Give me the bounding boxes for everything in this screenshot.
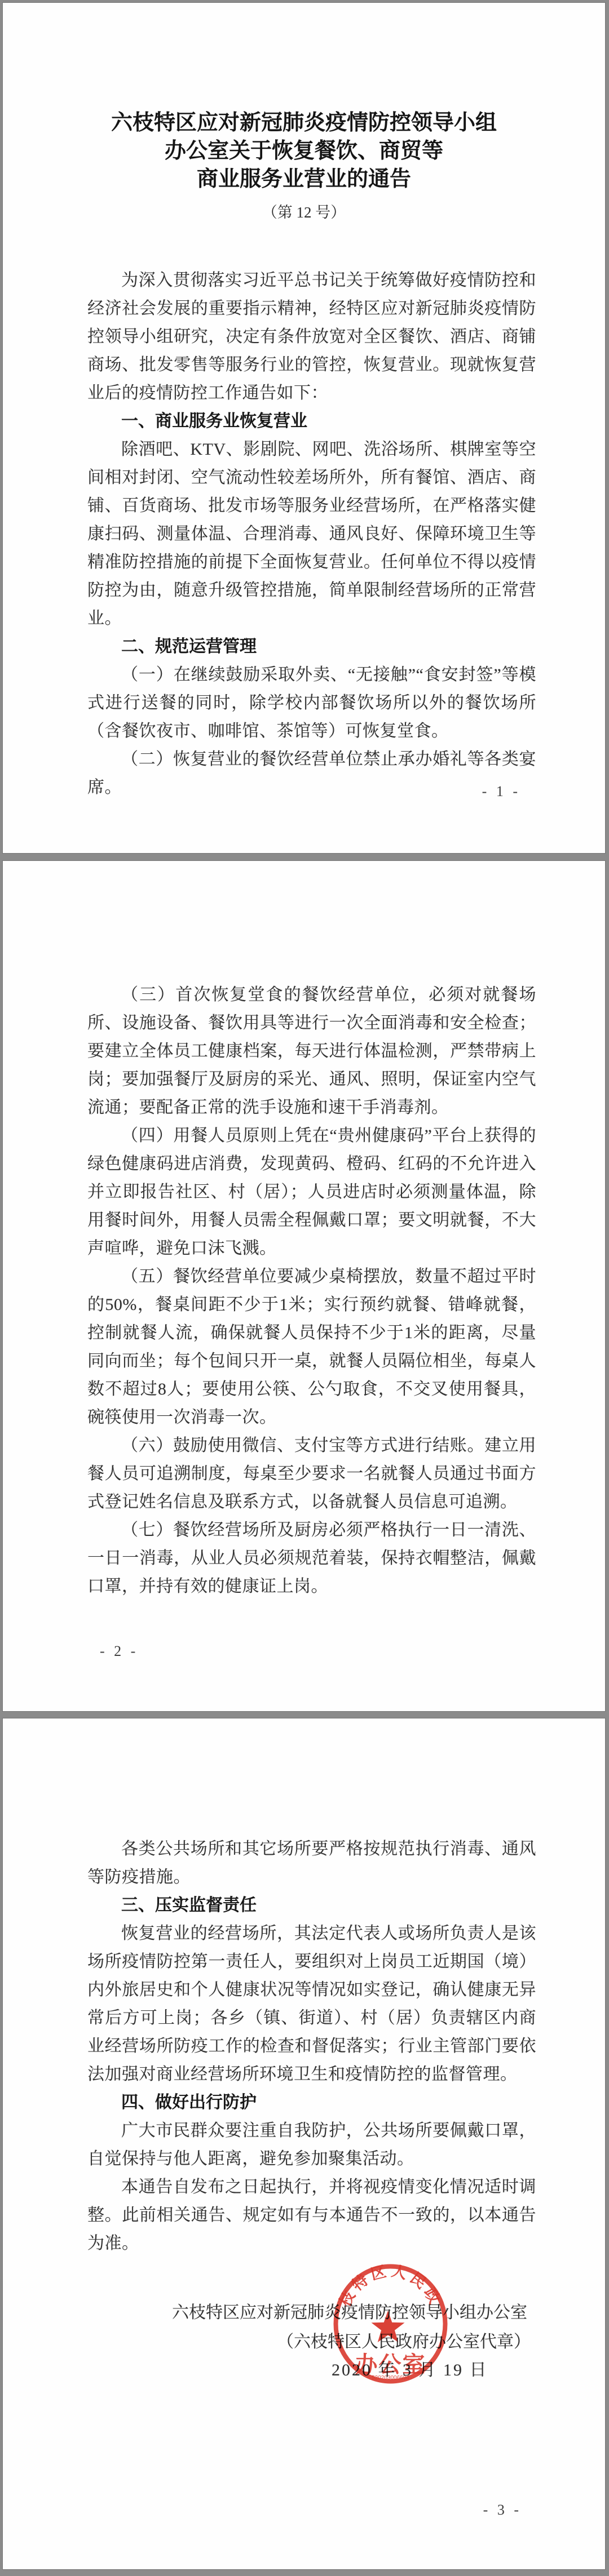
paragraph: 为深入贯彻落实习近平总书记关于统筹做好疫情防控和经济社会发展的重要指示精神，经特…: [87, 267, 536, 407]
doc-title-line-2: 办公室关于恢复餐饮、商贸等: [3, 137, 605, 165]
document-viewer: { "viewer": { "background_color": "#8b8b…: [0, 0, 609, 2576]
document-page-3: 各类公共场所和其它场所要严格按规范执行消毒、通风等防疫措施。 三、压实监督责任 …: [2, 1718, 606, 2570]
page-number-2: - 2 -: [100, 1643, 138, 1660]
paragraph: 恢复营业的经营场所，其法定代表人或场所负责人是该场所疫情防控第一责任人，要组织对…: [87, 1920, 536, 2089]
page-3-body: 各类公共场所和其它场所要严格按规范执行消毒、通风等防疫措施。 三、压实监督责任 …: [3, 1718, 605, 2258]
paragraph: 各类公共场所和其它场所要严格按规范执行消毒、通风等防疫措施。: [87, 1835, 536, 1891]
paragraph: 除酒吧、KTV、影剧院、网吧、洗浴场所、棋牌室等空间相对封闭、空气流动性较差场所…: [87, 436, 536, 633]
doc-title-line-3: 商业服务业营业的通告: [3, 165, 605, 193]
paragraph: （七）餐饮经营场所及厨房必须严格执行一日一清洗、一日一消毒，从业人员必须规范着装…: [87, 1516, 536, 1601]
section-heading-1: 一、商业服务业恢复营业: [87, 407, 536, 436]
doc-title-line-1: 六枝特区应对新冠肺炎疫情防控领导小组: [3, 109, 605, 137]
document-page-2: （三）首次恢复堂食的餐饮经营单位，必须对就餐场所、设施设备、餐饮用具等进行一次全…: [2, 860, 606, 1712]
paragraph: （五）餐饮经营单位要减少桌椅摆放，数量不超过平时的50%，餐桌间距不少于1米；实…: [87, 1263, 536, 1432]
document-page-1: 六枝特区应对新冠肺炎疫情防控领导小组 办公室关于恢复餐饮、商贸等 商业服务业营业…: [2, 2, 606, 854]
page-2-body: （三）首次恢复堂食的餐饮经营单位，必须对就餐场所、设施设备、餐饮用具等进行一次全…: [3, 861, 605, 1601]
official-seal: 六枝特区人民政府 办公室 520203006694: [333, 2263, 448, 2384]
paragraph: 广大市民群众要注重自我防护，公共场所要佩戴口罩，自觉保持与他人距离，避免参加聚集…: [87, 2117, 536, 2173]
page-number-1: - 1 -: [482, 783, 520, 800]
seal-star-icon: [372, 2311, 405, 2342]
paragraph: （二）恢复营业的餐饮经营单位禁止承办婚礼等各类宴席。: [87, 745, 536, 802]
page-1-body: 为深入贯彻落实习近平总书记关于统筹做好疫情防控和经济社会发展的重要指示精神，经特…: [3, 267, 605, 802]
seal-serial-number: 520203006694: [372, 2375, 409, 2381]
paragraph: （四）用餐人员原则上凭在“贵州健康码”平台上获得的绿色健康码进店消费，发现黄码、…: [87, 1122, 536, 1263]
section-heading-3: 三、压实监督责任: [87, 1891, 536, 1920]
paragraph: 本通告自发布之日起执行，并将视疫情变化情况适时调整。此前相关通告、规定如有与本通…: [87, 2173, 536, 2258]
paragraph: （三）首次恢复堂食的餐饮经营单位，必须对就餐场所、设施设备、餐饮用具等进行一次全…: [87, 981, 536, 1122]
section-heading-2: 二、规范运营管理: [87, 633, 536, 661]
paragraph: （一）在继续鼓励采取外卖、“无接触”“食安封签”等模式进行送餐的同时，除学校内部…: [87, 661, 536, 745]
paragraph: （六）鼓励使用微信、支付宝等方式进行结账。建立用餐人员可追溯制度，每桌至少要求一…: [87, 1432, 536, 1516]
seal-bottom-text: 办公室: [355, 2352, 426, 2377]
section-heading-4: 四、做好出行防护: [87, 2089, 536, 2117]
doc-number: （第 12 号）: [3, 202, 605, 223]
page-number-3: - 3 -: [483, 2502, 522, 2519]
